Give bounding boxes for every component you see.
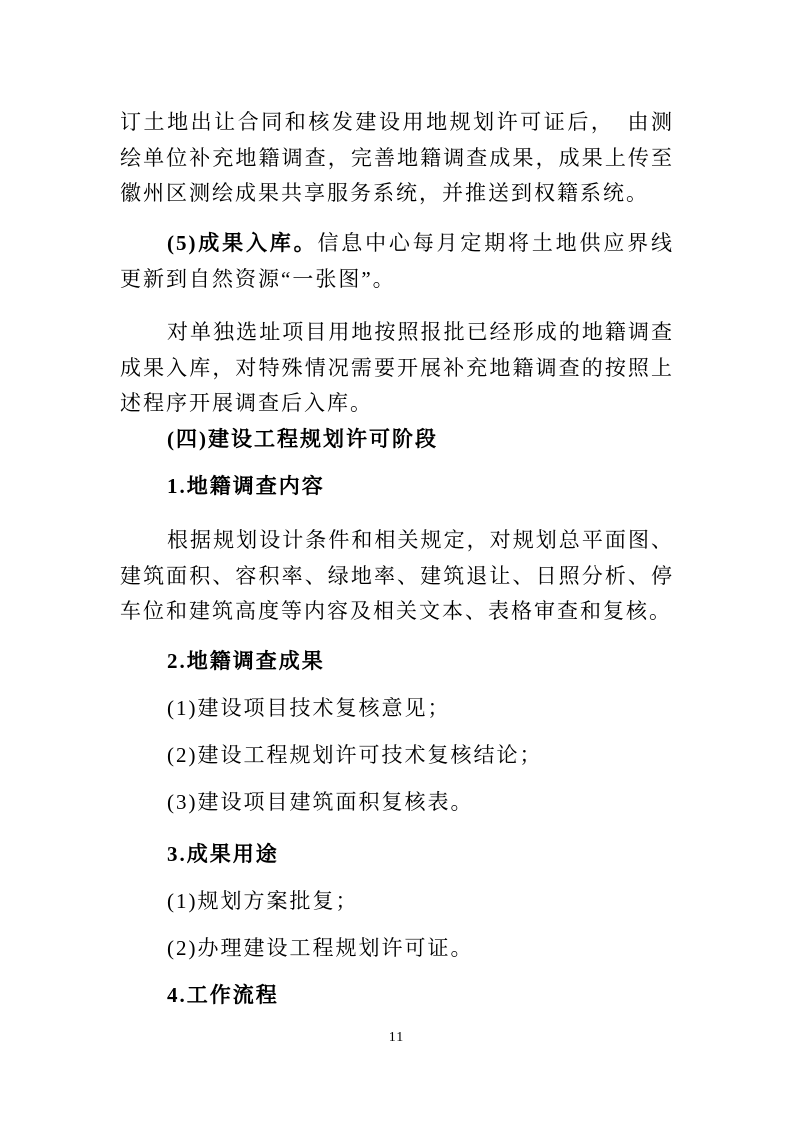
list-item-plan-approval: (1)规划方案批复； <box>120 884 674 920</box>
paragraph-standalone-projects: 对单独选址项目用地按照报批已经形成的地籍调查成果入库，对特殊情况需要开展补充地籍… <box>120 315 674 422</box>
list-item-permit-processing: (2)办理建设工程规划许可证。 <box>120 931 674 967</box>
heading-survey-content: 1.地籍调查内容 <box>120 469 674 505</box>
heading-survey-results: 2.地籍调查成果 <box>120 644 674 680</box>
heading-stage-four: (四)建设工程规划许可阶段 <box>120 422 674 458</box>
list-item-permit-conclusion: (2)建设工程规划许可技术复核结论； <box>120 738 674 774</box>
page-content: 订土地出让合同和核发建设用地规划许可证后， 由测绘单位补充地籍调查，完善地籍调查… <box>120 105 674 1014</box>
heading-results-usage: 3.成果用途 <box>120 837 674 873</box>
page-number: 11 <box>0 1030 793 1046</box>
document-page: 订土地出让合同和核发建设用地规划许可证后， 由测绘单位补充地籍调查，完善地籍调查… <box>0 0 793 1122</box>
paragraph-survey-content: 根据规划设计条件和相关规定，对规划总平面图、建筑面积、容积率、绿地率、建筑退让、… <box>120 523 674 630</box>
list-item-area-review-table: (3)建设项目建筑面积复核表。 <box>120 785 674 821</box>
heading-workflow: 4.工作流程 <box>120 978 674 1014</box>
paragraph-continuation: 订土地出让合同和核发建设用地规划许可证后， 由测绘单位补充地籍调查，完善地籍调查… <box>120 105 674 212</box>
list-item-technical-review: (1)建设项目技术复核意见； <box>120 691 674 727</box>
paragraph-results-storage: (5)成果入库。信息中心每月定期将土地供应界线更新到自然资源“一张图”。 <box>120 226 674 297</box>
bold-lead-results-storage: (5)成果入库。 <box>167 231 317 255</box>
